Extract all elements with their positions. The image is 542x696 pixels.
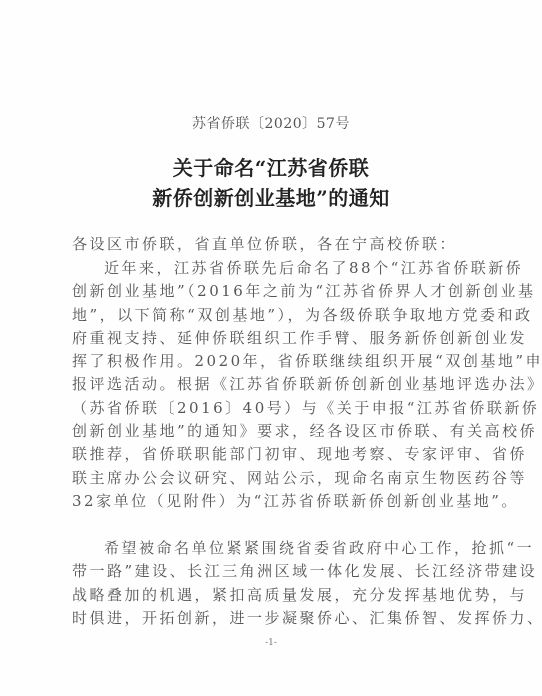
paragraph-line: 希望被命名单位紧紧围绕省委省政府中心工作，抢抓“一 xyxy=(72,537,474,560)
paragraph-line: 府重视支持、延伸侨联组织工作手臂、服务新侨创新创业发 xyxy=(72,327,474,350)
page-number: -1- xyxy=(0,638,542,648)
paragraph-line: 联推荐，省侨联职能部门初审、现地考察、专家评审、省侨 xyxy=(72,443,474,466)
paragraph-line: （苏省侨联〔2016〕40号）与《关于申报“江苏省侨联新侨 xyxy=(72,397,474,420)
paragraph-2: 希望被命名单位紧紧围绕省委省政府中心工作，抢抓“一 带一路”建设、长江三角洲区域… xyxy=(72,537,474,630)
paragraph-line: 创新创业基地”的通知》要求，经各设区市侨联、有关高校侨 xyxy=(72,420,474,443)
paragraph-line: 挥了积极作用。2020年，省侨联继续组织开展“双创基地”申 xyxy=(72,350,474,373)
paragraph-line: 报评选活动。根据《江苏省侨联新侨创新创业基地评选办法》 xyxy=(72,373,474,396)
document-page: 苏省侨联〔2020〕57号 关于命名“江苏省侨联 新侨创新创业基地”的通知 各设… xyxy=(0,0,542,696)
salutation: 各设区市侨联，省直单位侨联，各在宁高校侨联： xyxy=(72,233,474,256)
document-title-line-2: 新侨创新创业基地”的通知 xyxy=(0,182,542,211)
paragraph-line: 创新创业基地”（2016年之前为“江苏省侨界人才创新创业基 xyxy=(72,280,474,303)
paragraph-line: 战略叠加的机遇，紧扣高质量发展，充分发挥基地优势，与 xyxy=(72,584,474,607)
document-number: 苏省侨联〔2020〕57号 xyxy=(0,113,542,133)
paragraph-line: 时俱进，开拓创新，进一步凝聚侨心、汇集侨智、发挥侨力、 xyxy=(72,607,474,630)
paragraph-line: 联主席办公会议研究、网站公示，现命名南京生物医药谷等 xyxy=(72,467,474,490)
paragraph-line: 近年来，江苏省侨联先后命名了88个“江苏省侨联新侨 xyxy=(72,257,474,280)
paragraph-line: 32家单位（见附件）为“江苏省侨联新侨创新创业基地”。 xyxy=(72,490,474,513)
paragraph-line: 带一路”建设、长江三角洲区域一体化发展、长江经济带建设 xyxy=(72,560,474,583)
paragraph-1: 近年来，江苏省侨联先后命名了88个“江苏省侨联新侨 创新创业基地”（2016年之… xyxy=(72,257,474,513)
document-title-line-1: 关于命名“江苏省侨联 xyxy=(0,152,542,181)
paragraph-line: 地”，以下简称“双创基地”），为各级侨联争取地方党委和政 xyxy=(72,304,474,327)
